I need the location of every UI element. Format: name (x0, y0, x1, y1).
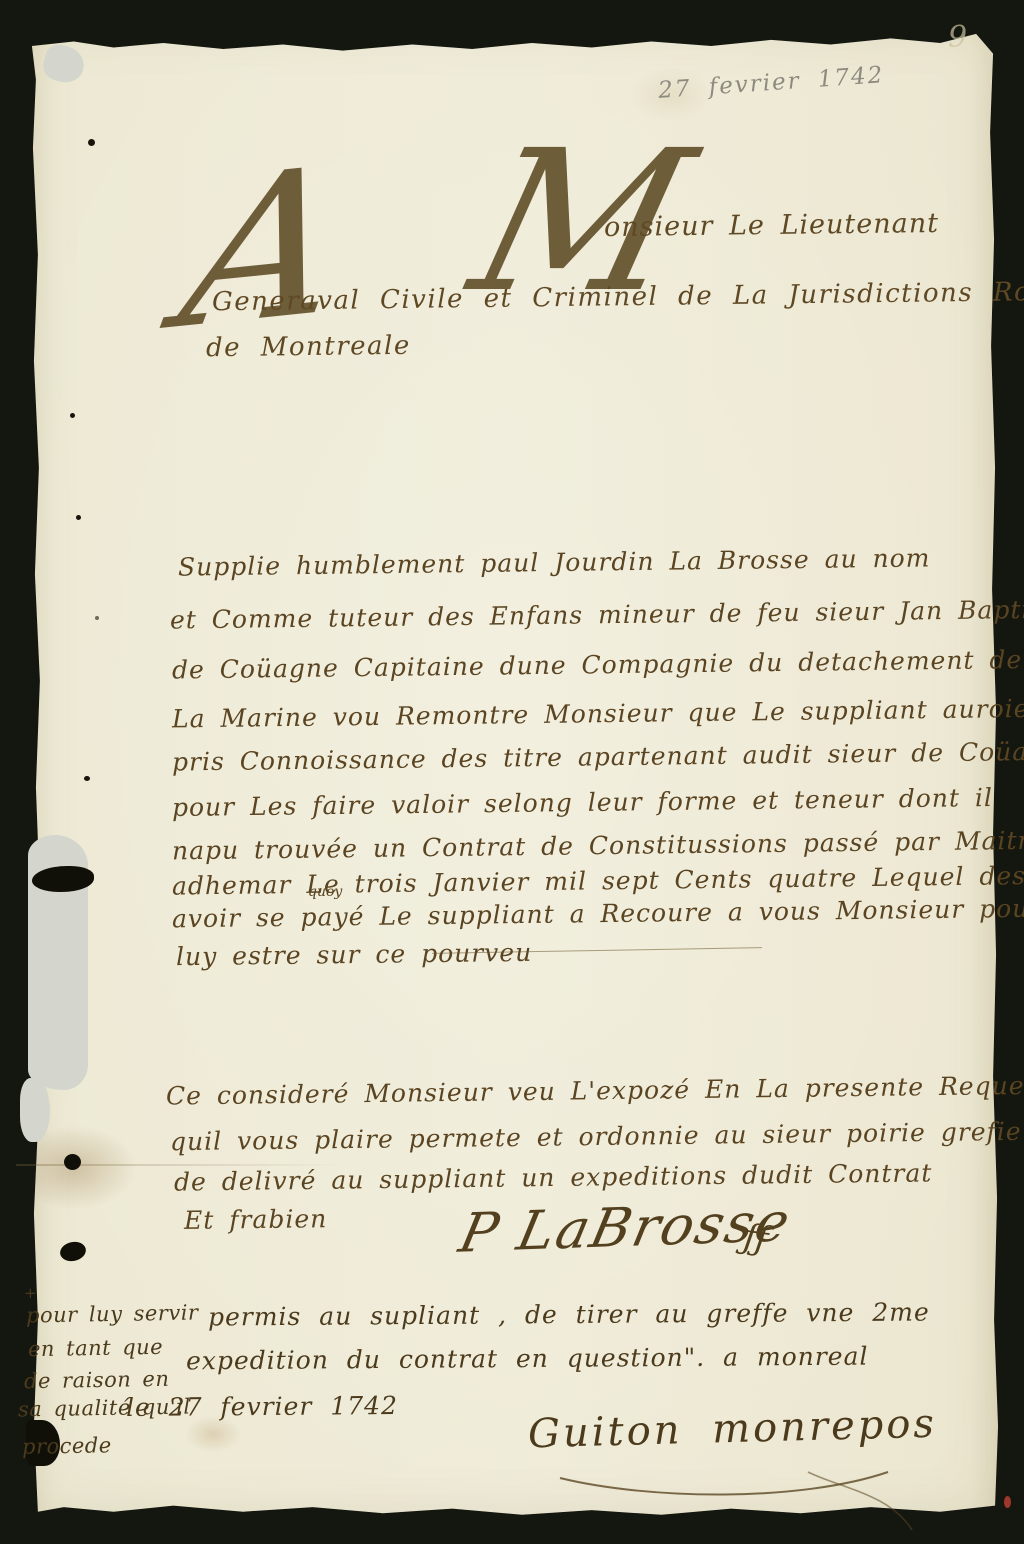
ink-spot (76, 515, 81, 520)
ordinance-date-line: le 27 fevrier 1742 (126, 1391, 398, 1422)
ordinance-line: permis au supliant , de tirer au greffe … (208, 1297, 930, 1331)
manuscript-scan: 9 27 fevrier 1742 A M onsieur Le Lieuten… (0, 0, 1024, 1544)
closing-line: Et frabien (184, 1204, 328, 1235)
ordinance-margin-line: de raison en (24, 1367, 170, 1394)
tape-repair-patch (20, 1078, 50, 1142)
page-number: 9 (948, 20, 967, 55)
ink-spot (88, 139, 95, 146)
ordinance-margin-line: pour luy servir (26, 1300, 199, 1327)
petition-line: luy estre sur ce pourveu (176, 938, 533, 971)
red-stain (1004, 1496, 1011, 1508)
ordinance-margin-line: en tant que (28, 1335, 164, 1361)
ink-spot (95, 616, 99, 620)
interline-insertion: quoy (308, 884, 342, 900)
margin-insert-mark: + (24, 1284, 37, 1302)
ordinance-line: expedition du contrat en question". a mo… (186, 1342, 869, 1376)
ink-blot (64, 1154, 81, 1170)
ink-spot (84, 776, 90, 781)
ink-spot (70, 413, 75, 418)
ordinance-margin-line: procede (22, 1433, 112, 1459)
salutation-line-3: de Montreale (206, 331, 411, 363)
salutation-line-1: onsieur Le Lieutenant (604, 208, 939, 243)
